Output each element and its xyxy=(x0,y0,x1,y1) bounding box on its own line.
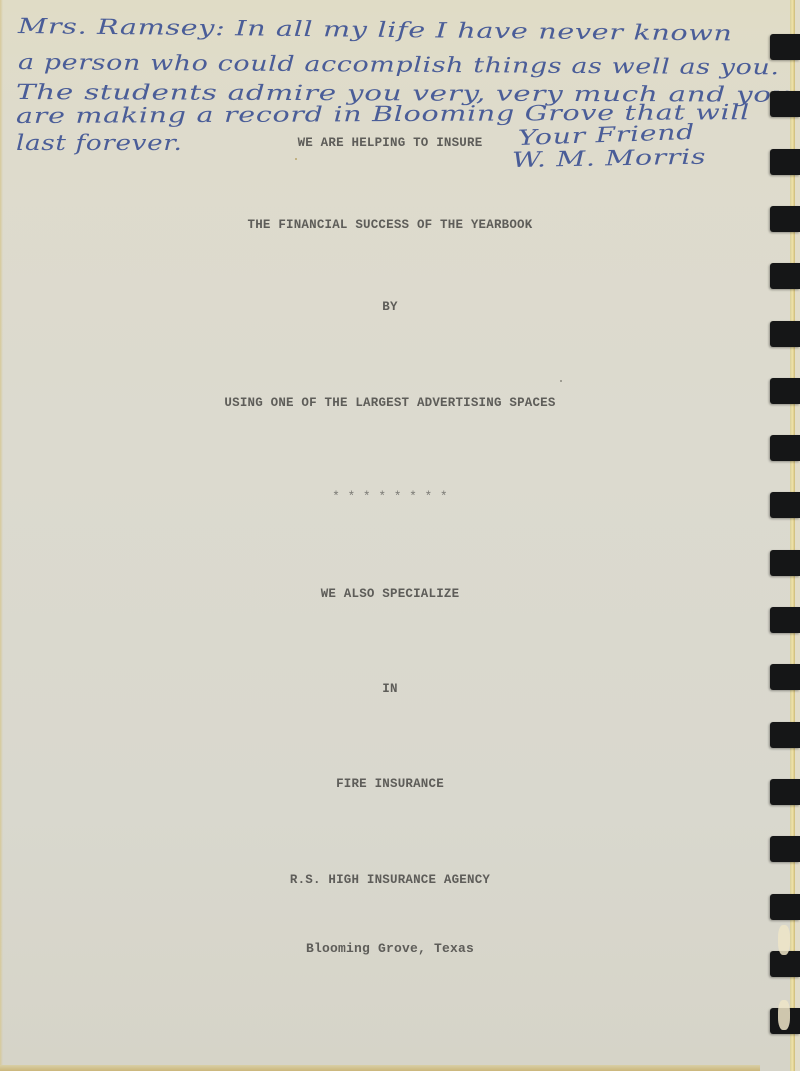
binding-tab xyxy=(770,664,800,690)
handwritten-line-1: Mrs. Ramsey: In all my life I have never… xyxy=(18,14,733,45)
typed-line-specialize: WE ALSO SPECIALIZE xyxy=(0,587,780,601)
binding-tab xyxy=(770,34,800,60)
binding-tab xyxy=(770,91,800,117)
torn-paper-fragment xyxy=(778,925,790,955)
binding-tab xyxy=(770,263,800,289)
binding-tab xyxy=(770,550,800,576)
typed-line-in: IN xyxy=(0,682,780,696)
typed-line-fire-insurance: FIRE INSURANCE xyxy=(0,777,780,791)
document-page: Mrs. Ramsey: In all my life I have never… xyxy=(0,0,800,1071)
binding-tab xyxy=(770,607,800,633)
binding-tab xyxy=(770,779,800,805)
typed-line-financial-success: THE FINANCIAL SUCCESS OF THE YEARBOOK xyxy=(0,218,780,232)
agency-location: Blooming Grove, Texas xyxy=(0,941,780,956)
binding-tab xyxy=(770,206,800,232)
typed-line-advertising: USING ONE OF THE LARGEST ADVERTISING SPA… xyxy=(0,396,780,410)
paper-speck xyxy=(295,158,297,160)
binding-tab xyxy=(770,836,800,862)
asterisk-divider: * * * * * * * * xyxy=(0,490,780,504)
page-left-edge xyxy=(0,0,3,1071)
page-bottom-edge xyxy=(0,1065,760,1071)
typed-line-by: BY xyxy=(0,300,780,314)
binding-tab xyxy=(770,149,800,175)
binding-tab xyxy=(770,722,800,748)
binding-tab xyxy=(770,435,800,461)
binding-tab xyxy=(770,492,800,518)
torn-paper-fragment xyxy=(778,1000,790,1030)
handwritten-line-2: a person who could accomplish things as … xyxy=(18,50,780,79)
binding-tab xyxy=(770,321,800,347)
binding-tab xyxy=(770,378,800,404)
typed-line-helping: WE ARE HELPING TO INSURE xyxy=(0,136,780,150)
agency-name: R.S. HIGH INSURANCE AGENCY xyxy=(0,873,780,887)
binding-tab xyxy=(770,894,800,920)
paper-speck xyxy=(560,380,562,382)
